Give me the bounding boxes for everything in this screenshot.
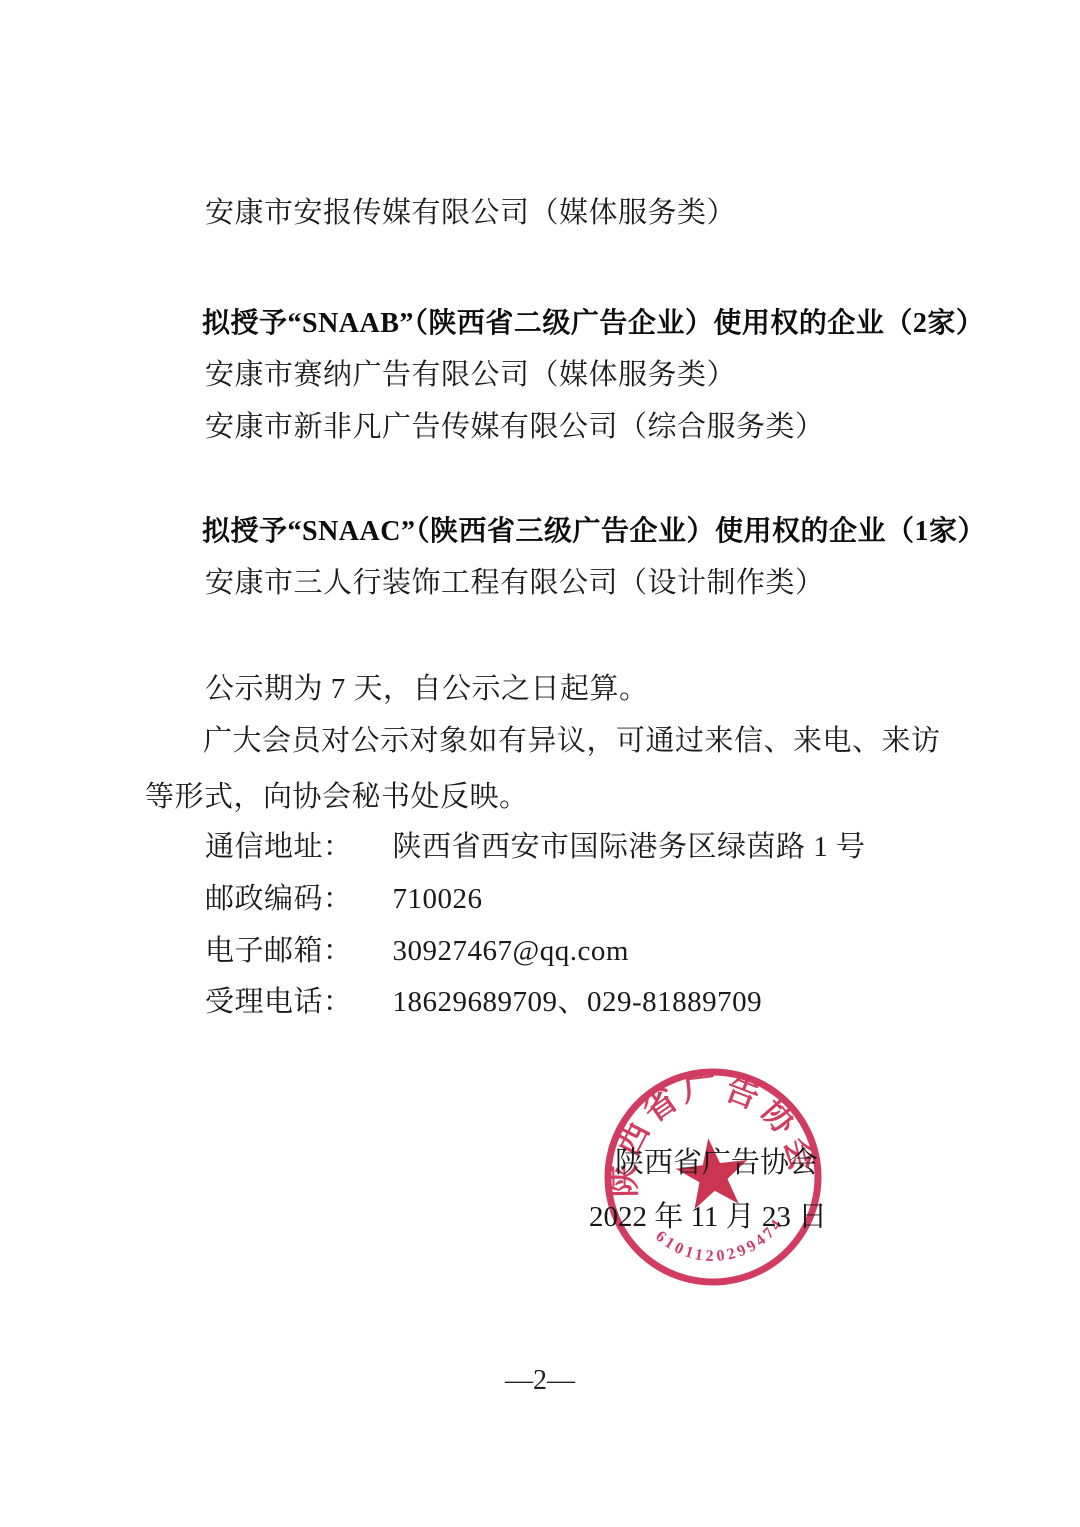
contact-value: 陕西省西安市国际港务区绿茵路 1 号 xyxy=(393,830,866,864)
company-line-intro: 安康市安报传媒有限公司（媒体服务类） xyxy=(145,196,975,230)
company-line: 安康市三人行装饰工程有限公司（设计制作类） xyxy=(145,566,975,600)
notice-period-paragraph: 公示期为 7 天，自公示之日起算。 xyxy=(145,672,975,706)
contact-label: 邮政编码： xyxy=(205,882,353,916)
contact-row-phone: 受理电话：18629689709、029-81889709 xyxy=(145,985,975,1019)
company-line: 安康市新非凡广告传媒有限公司（综合服务类） xyxy=(145,410,975,444)
document-page: 安康市安报传媒有限公司（媒体服务类） 拟授予“SNAAB”（陕西省二级广告企业）… xyxy=(0,0,1080,1527)
page-number: —2— xyxy=(0,1364,1080,1398)
contact-value: 18629689709、029-81889709 xyxy=(393,985,763,1019)
contact-label: 受理电话： xyxy=(205,985,353,1019)
signature-organization: 陕西省广告协会 xyxy=(615,1146,818,1180)
contact-label: 通信地址： xyxy=(205,830,353,864)
notice-feedback-paragraph: 广大会员对公示对象如有异议，可通过来信、来电、来访等形式，向协会秘书处反映。 xyxy=(145,713,969,825)
contact-label: 电子邮箱： xyxy=(205,934,353,968)
contact-value: 30927467@qq.com xyxy=(393,934,629,968)
contact-row-postcode: 邮政编码：710026 xyxy=(145,882,975,916)
section-heading-snaac: 拟授予“SNAAC”（陕西省三级广告企业）使用权的企业（1家） xyxy=(145,515,975,549)
signature-date: 2022 年 11 月 23 日 xyxy=(589,1200,827,1234)
contact-row-address: 通信地址：陕西省西安市国际港务区绿茵路 1 号 xyxy=(145,830,975,864)
section-heading-snaab: 拟授予“SNAAB”（陕西省二级广告企业）使用权的企业（2家） xyxy=(145,307,975,341)
company-line: 安康市赛纳广告有限公司（媒体服务类） xyxy=(145,358,975,392)
contact-value: 710026 xyxy=(393,882,483,916)
contact-row-email: 电子邮箱：30927467@qq.com xyxy=(145,934,975,968)
